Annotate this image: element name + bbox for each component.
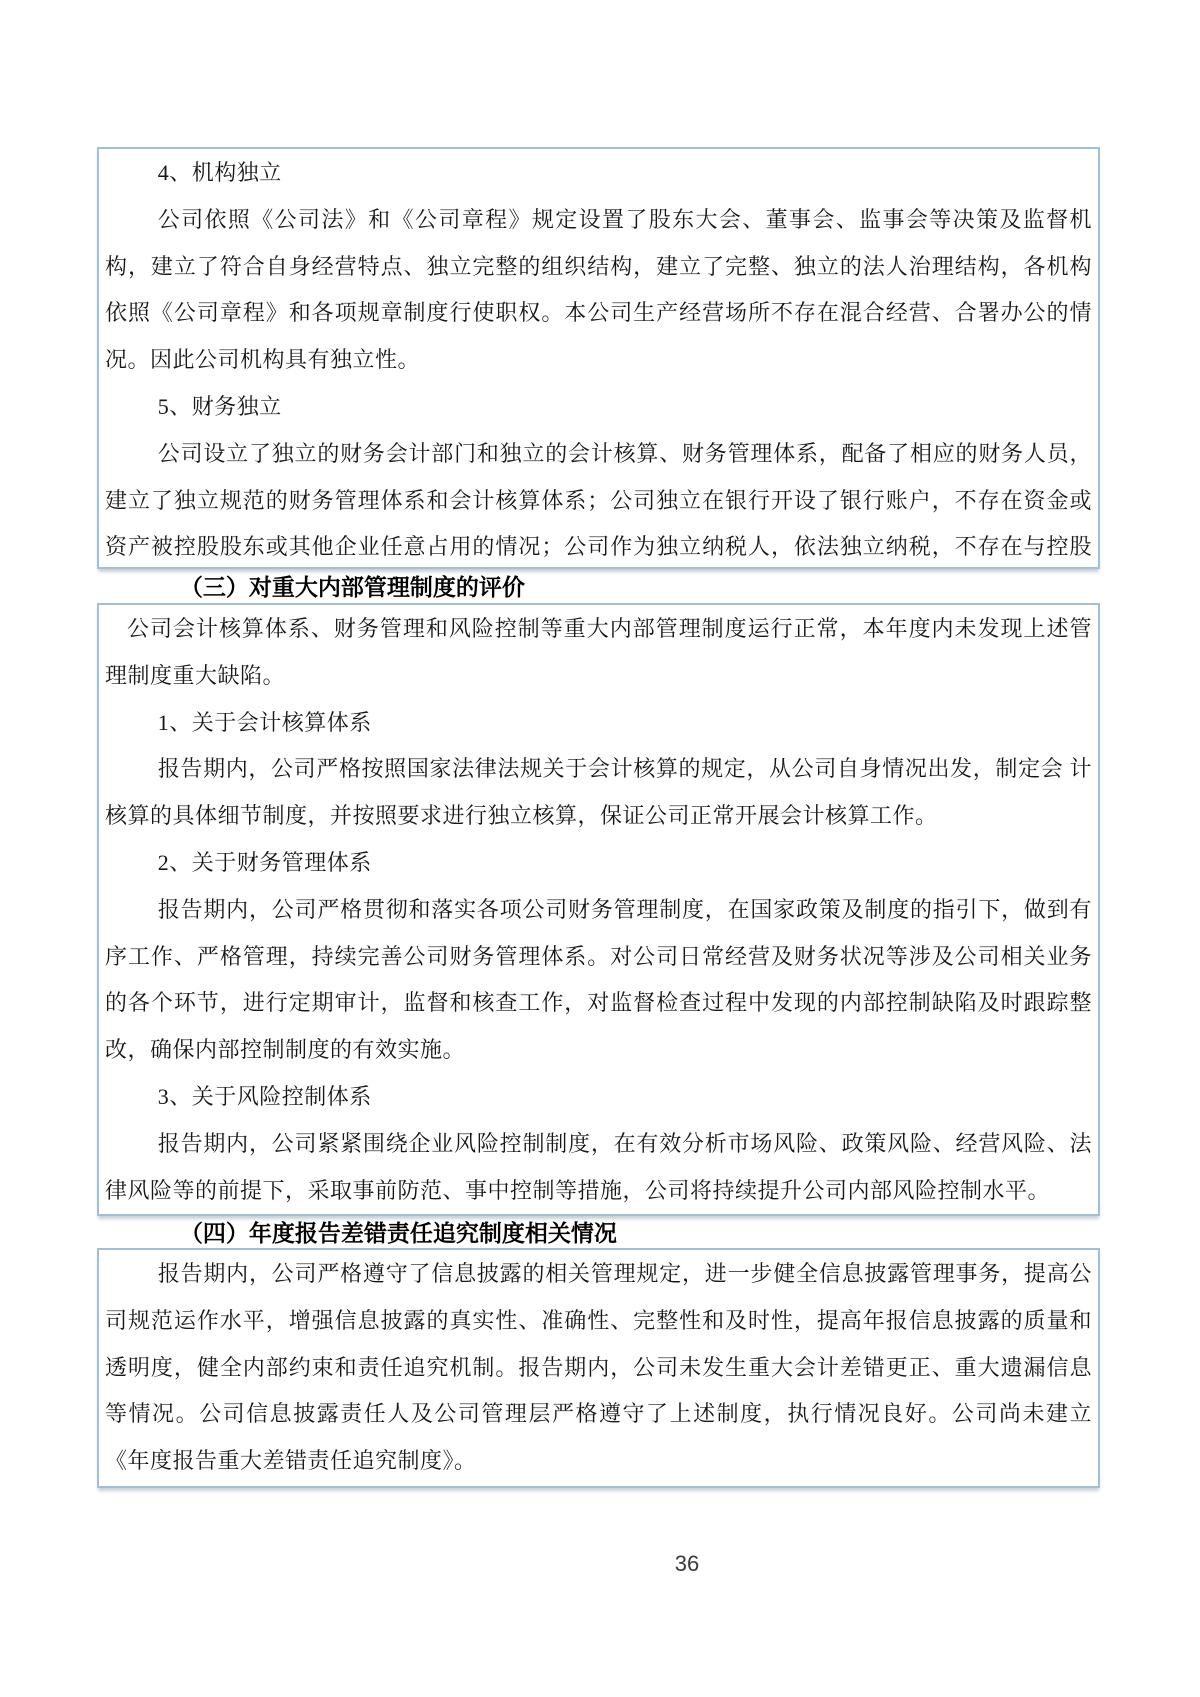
subsection-title-accounting-system: 1、关于会计核算体系 [105,700,1092,747]
subsection-title-financial-independence: 5、财务独立 [105,384,1092,431]
paragraph-financial-independence: 公司设立了独立的财务会计部门和独立的会计核算、财务管理体系，配备了相应的财务人员… [105,431,1092,569]
paragraph-management-overview: 公司会计核算体系、财务管理和风险控制等重大内部管理制度运行正常，本年度内未发现上… [105,606,1092,700]
text-box-independence: 4、机构独立 公司依照《公司法》和《公司章程》规定设置了股东大会、董事会、监事会… [97,147,1100,569]
subsection-title-risk-control-system: 3、关于风险控制体系 [105,1074,1092,1121]
paragraph-error-accountability: 报告期内，公司严格遵守了信息披露的相关管理规定，进一步健全信息披露管理事务，提高… [105,1251,1092,1485]
text-box-error-accountability: 报告期内，公司严格遵守了信息披露的相关管理规定，进一步健全信息披露管理事务，提高… [97,1248,1100,1488]
paragraph-accounting-system: 报告期内，公司严格按照国家法律法规关于会计核算的规定，从公司自身情况出发，制定会… [105,746,1092,840]
subsection-title-org-independence: 4、机构独立 [105,150,1092,197]
text-box-internal-management: 公司会计核算体系、财务管理和风险控制等重大内部管理制度运行正常，本年度内未发现上… [97,603,1100,1216]
section-heading-internal-management-evaluation: （三）对重大内部管理制度的评价 [104,571,1100,603]
paragraph-org-independence: 公司依照《公司法》和《公司章程》规定设置了股东大会、董事会、监事会等决策及监督机… [105,197,1092,384]
paragraph-risk-control-system: 报告期内，公司紧紧围绕企业风险控制制度，在有效分析市场风险、政策风险、经营风险、… [105,1121,1092,1215]
section-heading-annual-report-error-accountability: （四）年度报告差错责任追究制度相关情况 [104,1217,1100,1249]
subsection-title-financial-management-system: 2、关于财务管理体系 [105,840,1092,887]
paragraph-financial-management-system: 报告期内，公司严格贯彻和落实各项公司财务管理制度，在国家政策及制度的指引下，做到… [105,887,1092,1074]
document-page: 4、机构独立 公司依照《公司法》和《公司章程》规定设置了股东大会、董事会、监事会… [0,0,1200,1697]
page-number: 36 [637,1551,737,1577]
